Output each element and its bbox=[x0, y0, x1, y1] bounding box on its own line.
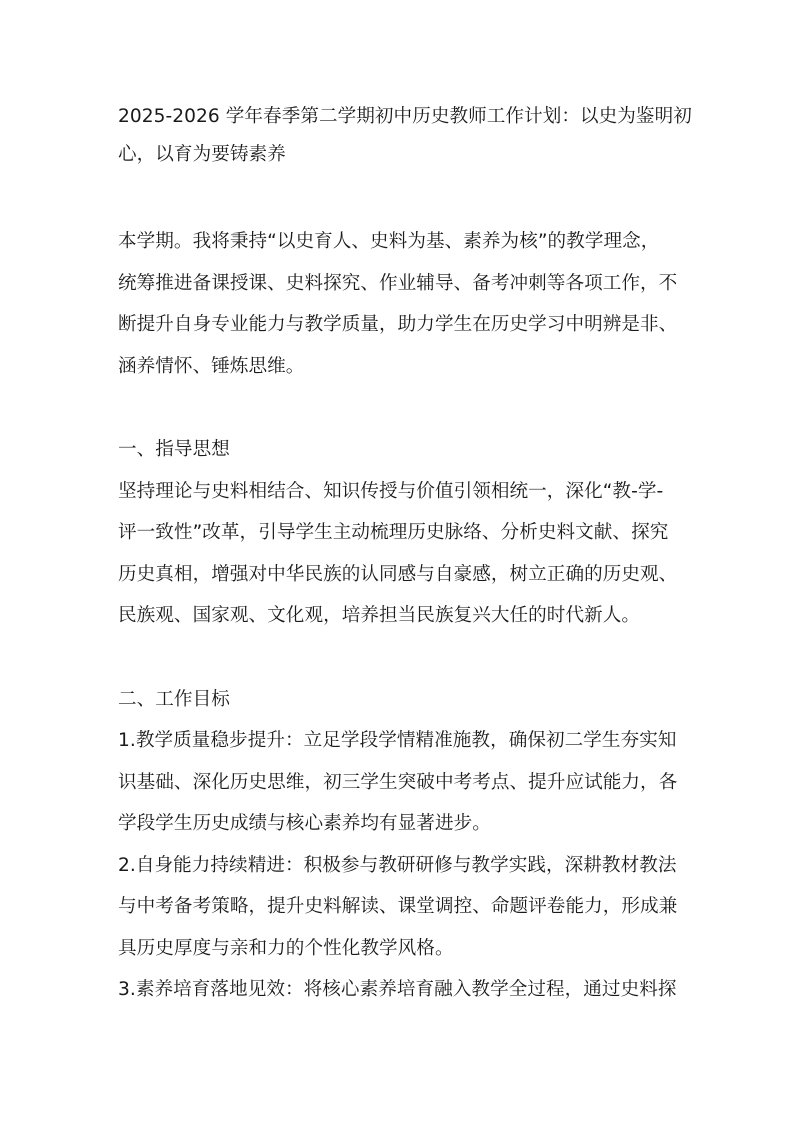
section-work-goals: 二、工作目标 1.教学质量稳步提升：立足学段学情精准施教，确保初二学生夯实知 识… bbox=[118, 679, 676, 1011]
body-line: 民族观、国家观、文化观，培养担当民族复兴大任的时代新人。 bbox=[118, 595, 676, 637]
document-page: 2025-2026 学年春季第二学期初中历史教师工作计划：以史为鉴明初 心，以育… bbox=[118, 98, 676, 1011]
body-line: 2.自身能力持续精进：积极参与教研研修与教学实践，深耕教材教法 bbox=[118, 845, 676, 887]
body-line: 与中考备考策略，提升史料解读、课堂调控、命题评卷能力，形成兼 bbox=[118, 886, 676, 928]
intro-line: 涵养情怀、锤炼思维。 bbox=[118, 346, 676, 388]
intro-line: 本学期。我将秉持“以史育人、史料为基、素养为核”的教学理念， bbox=[118, 221, 676, 263]
goal-item-3: 3.素养培育落地见效：将核心素养培育融入教学全过程，通过史料探 bbox=[118, 969, 676, 1011]
section-heading: 一、指导思想 bbox=[118, 429, 676, 471]
goal-item-2: 2.自身能力持续精进：积极参与教研研修与教学实践，深耕教材教法 与中考备考策略，… bbox=[118, 845, 676, 970]
body-line: 学段学生历史成绩与核心素养均有显著进步。 bbox=[118, 803, 676, 845]
body-line: 坚持理论与史料相结合、知识传授与价值引领相统一，深化“教-学- bbox=[118, 471, 676, 513]
body-line: 具历史厚度与亲和力的个性化教学风格。 bbox=[118, 928, 676, 970]
intro-line: 统筹推进备课授课、史料探究、作业辅导、备考冲刺等各项工作，不 bbox=[118, 263, 676, 305]
spacer bbox=[118, 637, 676, 679]
document-title: 2025-2026 学年春季第二学期初中历史教师工作计划：以史为鉴明初 心，以育… bbox=[118, 98, 676, 174]
body-line: 1.教学质量稳步提升：立足学段学情精准施教，确保初二学生夯实知 bbox=[118, 720, 676, 762]
title-line-1: 2025-2026 学年春季第二学期初中历史教师工作计划：以史为鉴明初 bbox=[118, 98, 676, 136]
spacer bbox=[118, 387, 676, 429]
goal-item-1: 1.教学质量稳步提升：立足学段学情精准施教，确保初二学生夯实知 识基础、深化历史… bbox=[118, 720, 676, 845]
section-guiding-thought: 一、指导思想 坚持理论与史料相结合、知识传授与价值引领相统一，深化“教-学- 评… bbox=[118, 429, 676, 637]
spacer bbox=[118, 174, 676, 221]
intro-paragraph: 本学期。我将秉持“以史育人、史料为基、素养为核”的教学理念， 统筹推进备课授课、… bbox=[118, 221, 676, 387]
body-line: 评一致性”改革，引导学生主动梳理历史脉络、分析史料文献、探究 bbox=[118, 512, 676, 554]
body-line: 历史真相，增强对中华民族的认同感与自豪感，树立正确的历史观、 bbox=[118, 554, 676, 596]
title-line-2: 心，以育为要铸素养 bbox=[118, 136, 676, 174]
intro-line: 断提升自身专业能力与教学质量，助力学生在历史学习中明辨是非、 bbox=[118, 304, 676, 346]
body-line: 3.素养培育落地见效：将核心素养培育融入教学全过程，通过史料探 bbox=[118, 969, 676, 1011]
section-heading: 二、工作目标 bbox=[118, 679, 676, 721]
body-line: 识基础、深化历史思维，初三学生突破中考考点、提升应试能力，各 bbox=[118, 762, 676, 804]
